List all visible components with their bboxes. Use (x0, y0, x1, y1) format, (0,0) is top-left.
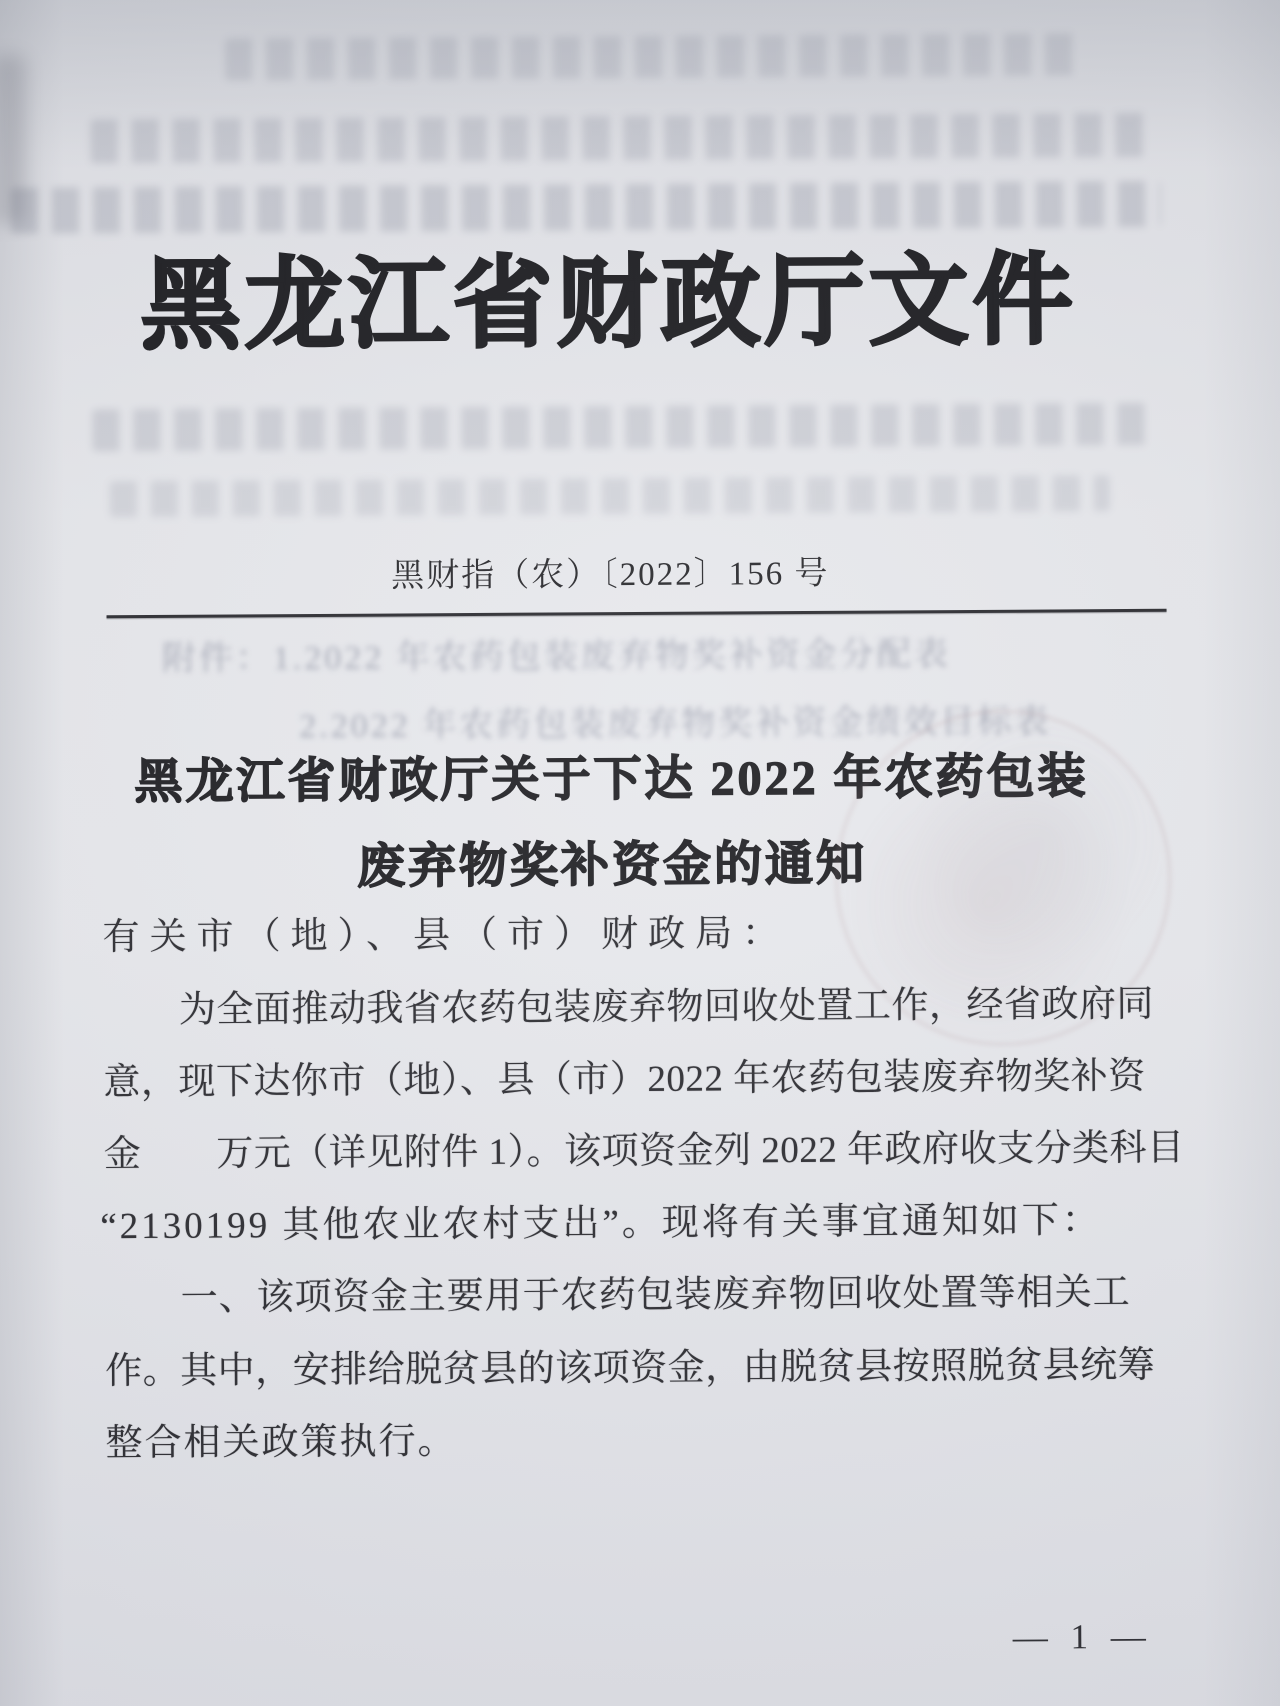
document-photo: 黑龙江省财政厅文件 黑财指（农）〔2022〕156 号 附件：1.2022 年农… (0, 0, 1280, 1706)
body-line: 作。其中，安排给脱贫县的该项资金，由脱贫县按照脱贫县统筹 (105, 1334, 1155, 1394)
page-number: — 1 — (1013, 1617, 1153, 1658)
body-line: 为全面推动我省农药包装废弃物回收处置工作，经省政府同 (103, 973, 1154, 1033)
document-number: 黑财指（农）〔2022〕156 号 (0, 544, 1250, 599)
body-line: 意，现下达你市（地）、县（市）2022 年农药包装废弃物奖补资 (103, 1045, 1146, 1105)
paper-sheet: 黑龙江省财政厅文件 黑财指（农）〔2022〕156 号 附件：1.2022 年农… (0, 0, 1280, 1706)
separator-rule (107, 609, 1167, 618)
bleedthrough-line (110, 475, 1110, 517)
bleedthrough-line (92, 403, 1157, 452)
masthead-title: 黑龙江省财政厅文件 (0, 218, 1249, 370)
body-line: 金 万元（详见附件 1）。该项资金列 2022 年政府收支分类科目 (104, 1117, 1185, 1178)
bleedthrough-line (91, 113, 1151, 163)
bleedthrough-line (225, 33, 1085, 80)
bleedthrough-attachment-line-1: 附件：1.2022 年农药包装废弃物奖补资金分配表 (162, 626, 951, 680)
body-line: “2130199 其他农业农村支出”。现将有关事宜通知如下： (100, 1189, 1102, 1249)
body-line: 一、该项资金主要用于农药包装废弃物回收处置等相关工 (105, 1261, 1131, 1321)
body-line: 整合相关政策执行。 (105, 1410, 456, 1466)
photo-edge-shadow (0, 55, 26, 225)
salutation: 有关市（地）、县（市）财政局： (102, 902, 789, 960)
